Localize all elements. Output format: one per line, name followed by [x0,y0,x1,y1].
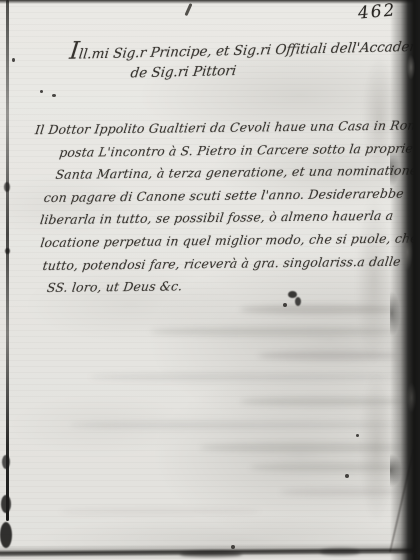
ink-speck [356,434,359,437]
ink-speck [345,474,349,478]
manuscript-line: SS. loro, ut Deus &c. [46,273,420,300]
book-binding-edge [390,0,420,560]
show-through-mark [60,508,260,515]
ink-speck [40,90,43,93]
ink-speck [52,94,56,97]
ink-speck [12,58,15,62]
page-left-edge [6,0,9,521]
ink-speck [283,303,287,307]
ink-blot [295,297,301,306]
petition-header: Ill.mi Sig.r Principe, et Sig.ri Offitia… [70,29,401,82]
edge-blot [2,455,10,469]
edge-blot [5,248,10,254]
petition-body: Il Dottor Ippolito Gualtieri da Cevoli h… [0,114,420,300]
edge-blot [0,522,12,548]
edge-blot [4,182,10,192]
edge-blot [1,495,11,513]
page-number: 462 [357,0,397,23]
page-bottom-edge [0,543,420,560]
manuscript-photo: 462 Ill.mi Sig.r Principe, et Sig.ri Off… [0,0,420,560]
